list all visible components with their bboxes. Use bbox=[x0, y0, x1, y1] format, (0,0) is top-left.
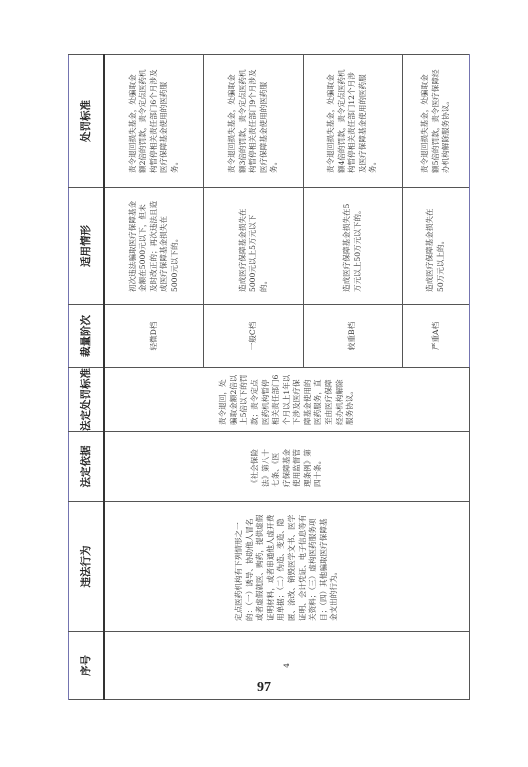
header-violation: 违法行为 bbox=[69, 502, 105, 632]
violation-text: 定点医药机构有下列情形之一的：（一）诱导、协助他人冒名或者虚假就医、购药，提供虚… bbox=[228, 502, 346, 631]
header-legal-basis: 法定依据 bbox=[69, 432, 105, 502]
legal-basis-text: 《社会保险法》第八十七条、《医疗保障基金使用监督管理条例》第四十条。 bbox=[244, 432, 330, 501]
level-cell-b: 较重B档 bbox=[303, 305, 402, 368]
penalty-cell-c: 责令退回损失基金，处骗取金额3倍的罚款，责令定点医药机构暂停相关责任部门9个月涉… bbox=[204, 55, 303, 188]
rotated-page: 序号 违法行为 法定依据 法定处罚标准 裁量阶次 适用情形 处罚标准 4 定点医… bbox=[68, 55, 470, 700]
situation-text: 造成医疗保障基金损失在5万元以上50万元以下的。 bbox=[336, 188, 369, 304]
penalty-text: 责令退回损失基金，处骗取金额4倍的罚款，责令定点医药机构暂停相关责任部门12个月… bbox=[320, 55, 385, 187]
situation-cell-a: 造成医疗保障基金损失在50万元以上的。 bbox=[402, 188, 469, 305]
level-label: 轻微D档 bbox=[149, 322, 158, 351]
situation-text: 造成医疗保障基金损失在5000元以上5万元以下的。 bbox=[232, 188, 276, 304]
situation-text: 造成医疗保障基金损失在50万元以上的。 bbox=[419, 188, 452, 304]
level-cell-c: 一般C档 bbox=[204, 305, 303, 368]
level-label: 一般C档 bbox=[248, 322, 257, 351]
statutory-penalty-cell: 责令退回，处骗取金额2倍以上5倍以下的罚款；责令定点医药机构暂停相关责任部门6个… bbox=[104, 368, 470, 432]
violation-cell: 定点医药机构有下列情形之一的：（一）诱导、协助他人冒名或者虚假就医、购药，提供虚… bbox=[104, 502, 470, 632]
table-row: 4 定点医药机构有下列情形之一的：（一）诱导、协助他人冒名或者虚假就医、购药，提… bbox=[104, 55, 204, 700]
level-cell-d: 轻微D档 bbox=[104, 305, 204, 368]
serial-number: 4 bbox=[282, 663, 291, 668]
table-header-row: 序号 违法行为 法定依据 法定处罚标准 裁量阶次 适用情形 处罚标准 bbox=[69, 55, 105, 700]
header-penalty-standard: 处罚标准 bbox=[69, 55, 105, 188]
situation-cell-b: 造成医疗保障基金损失在5万元以上50万元以下的。 bbox=[303, 188, 402, 305]
penalty-text: 责令退回损失基金，处骗取金额2倍的罚款，责令定点医药机构暂停相关责任部门6个月涉… bbox=[122, 55, 187, 187]
header-discretion-level: 裁量阶次 bbox=[69, 305, 105, 368]
situation-cell-c: 造成医疗保障基金损失在5000元以上5万元以下的。 bbox=[204, 188, 303, 305]
penalty-cell-b: 责令退回损失基金，处骗取金额4倍的罚款，责令定点医药机构暂停相关责任部门12个月… bbox=[303, 55, 402, 188]
level-label: 较重B档 bbox=[347, 322, 356, 350]
header-applicable-situation: 适用情形 bbox=[69, 188, 105, 305]
penalty-cell-d: 责令退回损失基金，处骗取金额2倍的罚款，责令定点医药机构暂停相关责任部门6个月涉… bbox=[104, 55, 204, 188]
situation-text: 初次违法骗取医疗保障基金金额在5000元以下，但未及时改正的；再次违法且造成医疗… bbox=[122, 188, 187, 304]
header-statutory-penalty: 法定处罚标准 bbox=[69, 368, 105, 432]
penalty-cell-a: 责令退回损失基金，处骗取金额5倍的罚款，责令医疗保障经办机构解除服务协议。 bbox=[402, 55, 469, 188]
page-number: 97 bbox=[0, 680, 528, 696]
statutory-penalty-text: 责令退回，处骗取金额2倍以上5倍以下的罚款；责令定点医药机构暂停相关责任部门6个… bbox=[212, 368, 362, 431]
situation-cell-d: 初次违法骗取医疗保障基金金额在5000元以下，但未及时改正的；再次违法且造成医疗… bbox=[104, 188, 204, 305]
level-cell-a: 严重A档 bbox=[402, 305, 469, 368]
penalty-text: 责令退回损失基金，处骗取金额3倍的罚款，责令定点医药机构暂停相关责任部门9个月涉… bbox=[221, 55, 286, 187]
level-label: 严重A档 bbox=[431, 322, 440, 350]
legal-basis-cell: 《社会保险法》第八十七条、《医疗保障基金使用监督管理条例》第四十条。 bbox=[104, 432, 470, 502]
penalty-discretion-table: 序号 违法行为 法定依据 法定处罚标准 裁量阶次 适用情形 处罚标准 4 定点医… bbox=[68, 54, 470, 700]
penalty-text: 责令退回损失基金，处骗取金额5倍的罚款，责令医疗保障经办机构解除服务协议。 bbox=[414, 55, 458, 187]
